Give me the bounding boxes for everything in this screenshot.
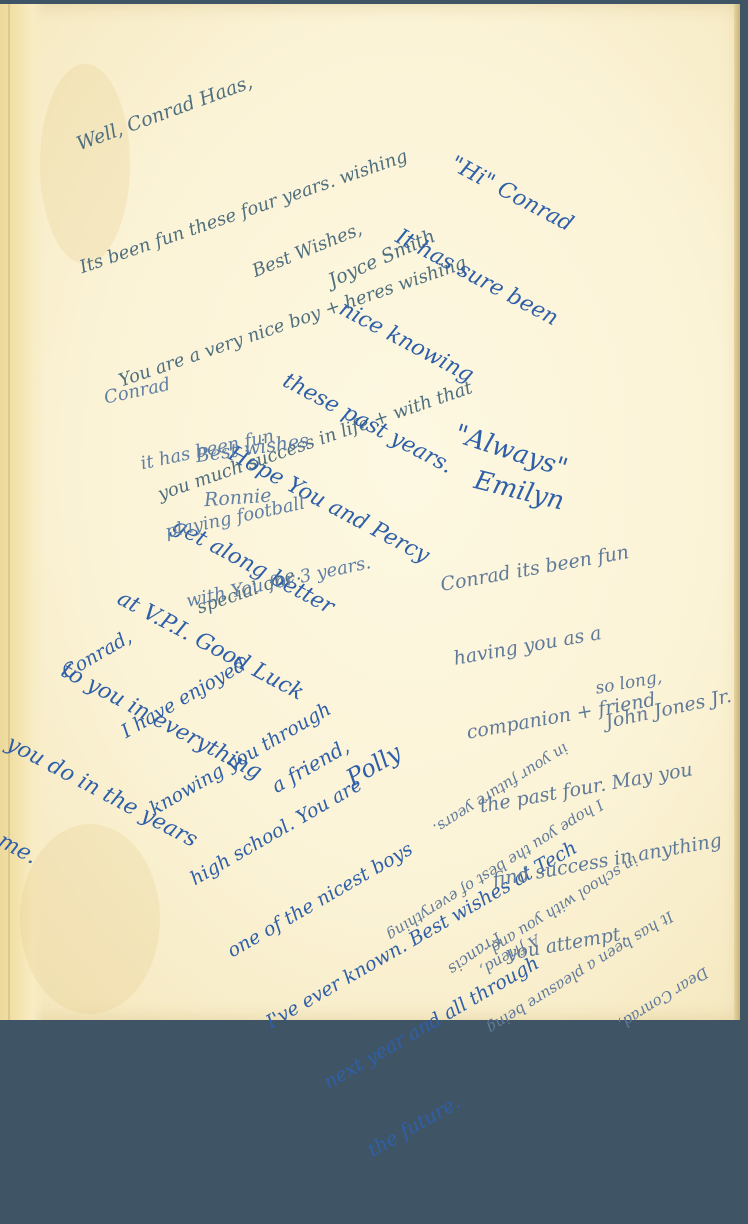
inscription-line: It has sure been [390, 223, 563, 334]
yearbook-page: Well, Conrad Haas, Its been fun these fo… [0, 4, 740, 1020]
signature-text: Polly [341, 739, 406, 793]
binding-crease [8, 4, 10, 1020]
inscription-line: I have enjoyed [117, 554, 421, 745]
inscription-line: nice knowing [334, 295, 521, 414]
inscription-line: Conrad [102, 340, 328, 411]
signature-text: John Jones Jr. [603, 685, 733, 733]
page-right-edge [734, 4, 740, 1020]
inscription-line: Conrad its been fun [439, 533, 672, 598]
inscription-line: Conrad, [57, 484, 380, 686]
inscription-line: "Hi" Conrad [445, 150, 606, 255]
closing-text: Best wishes [194, 430, 310, 468]
